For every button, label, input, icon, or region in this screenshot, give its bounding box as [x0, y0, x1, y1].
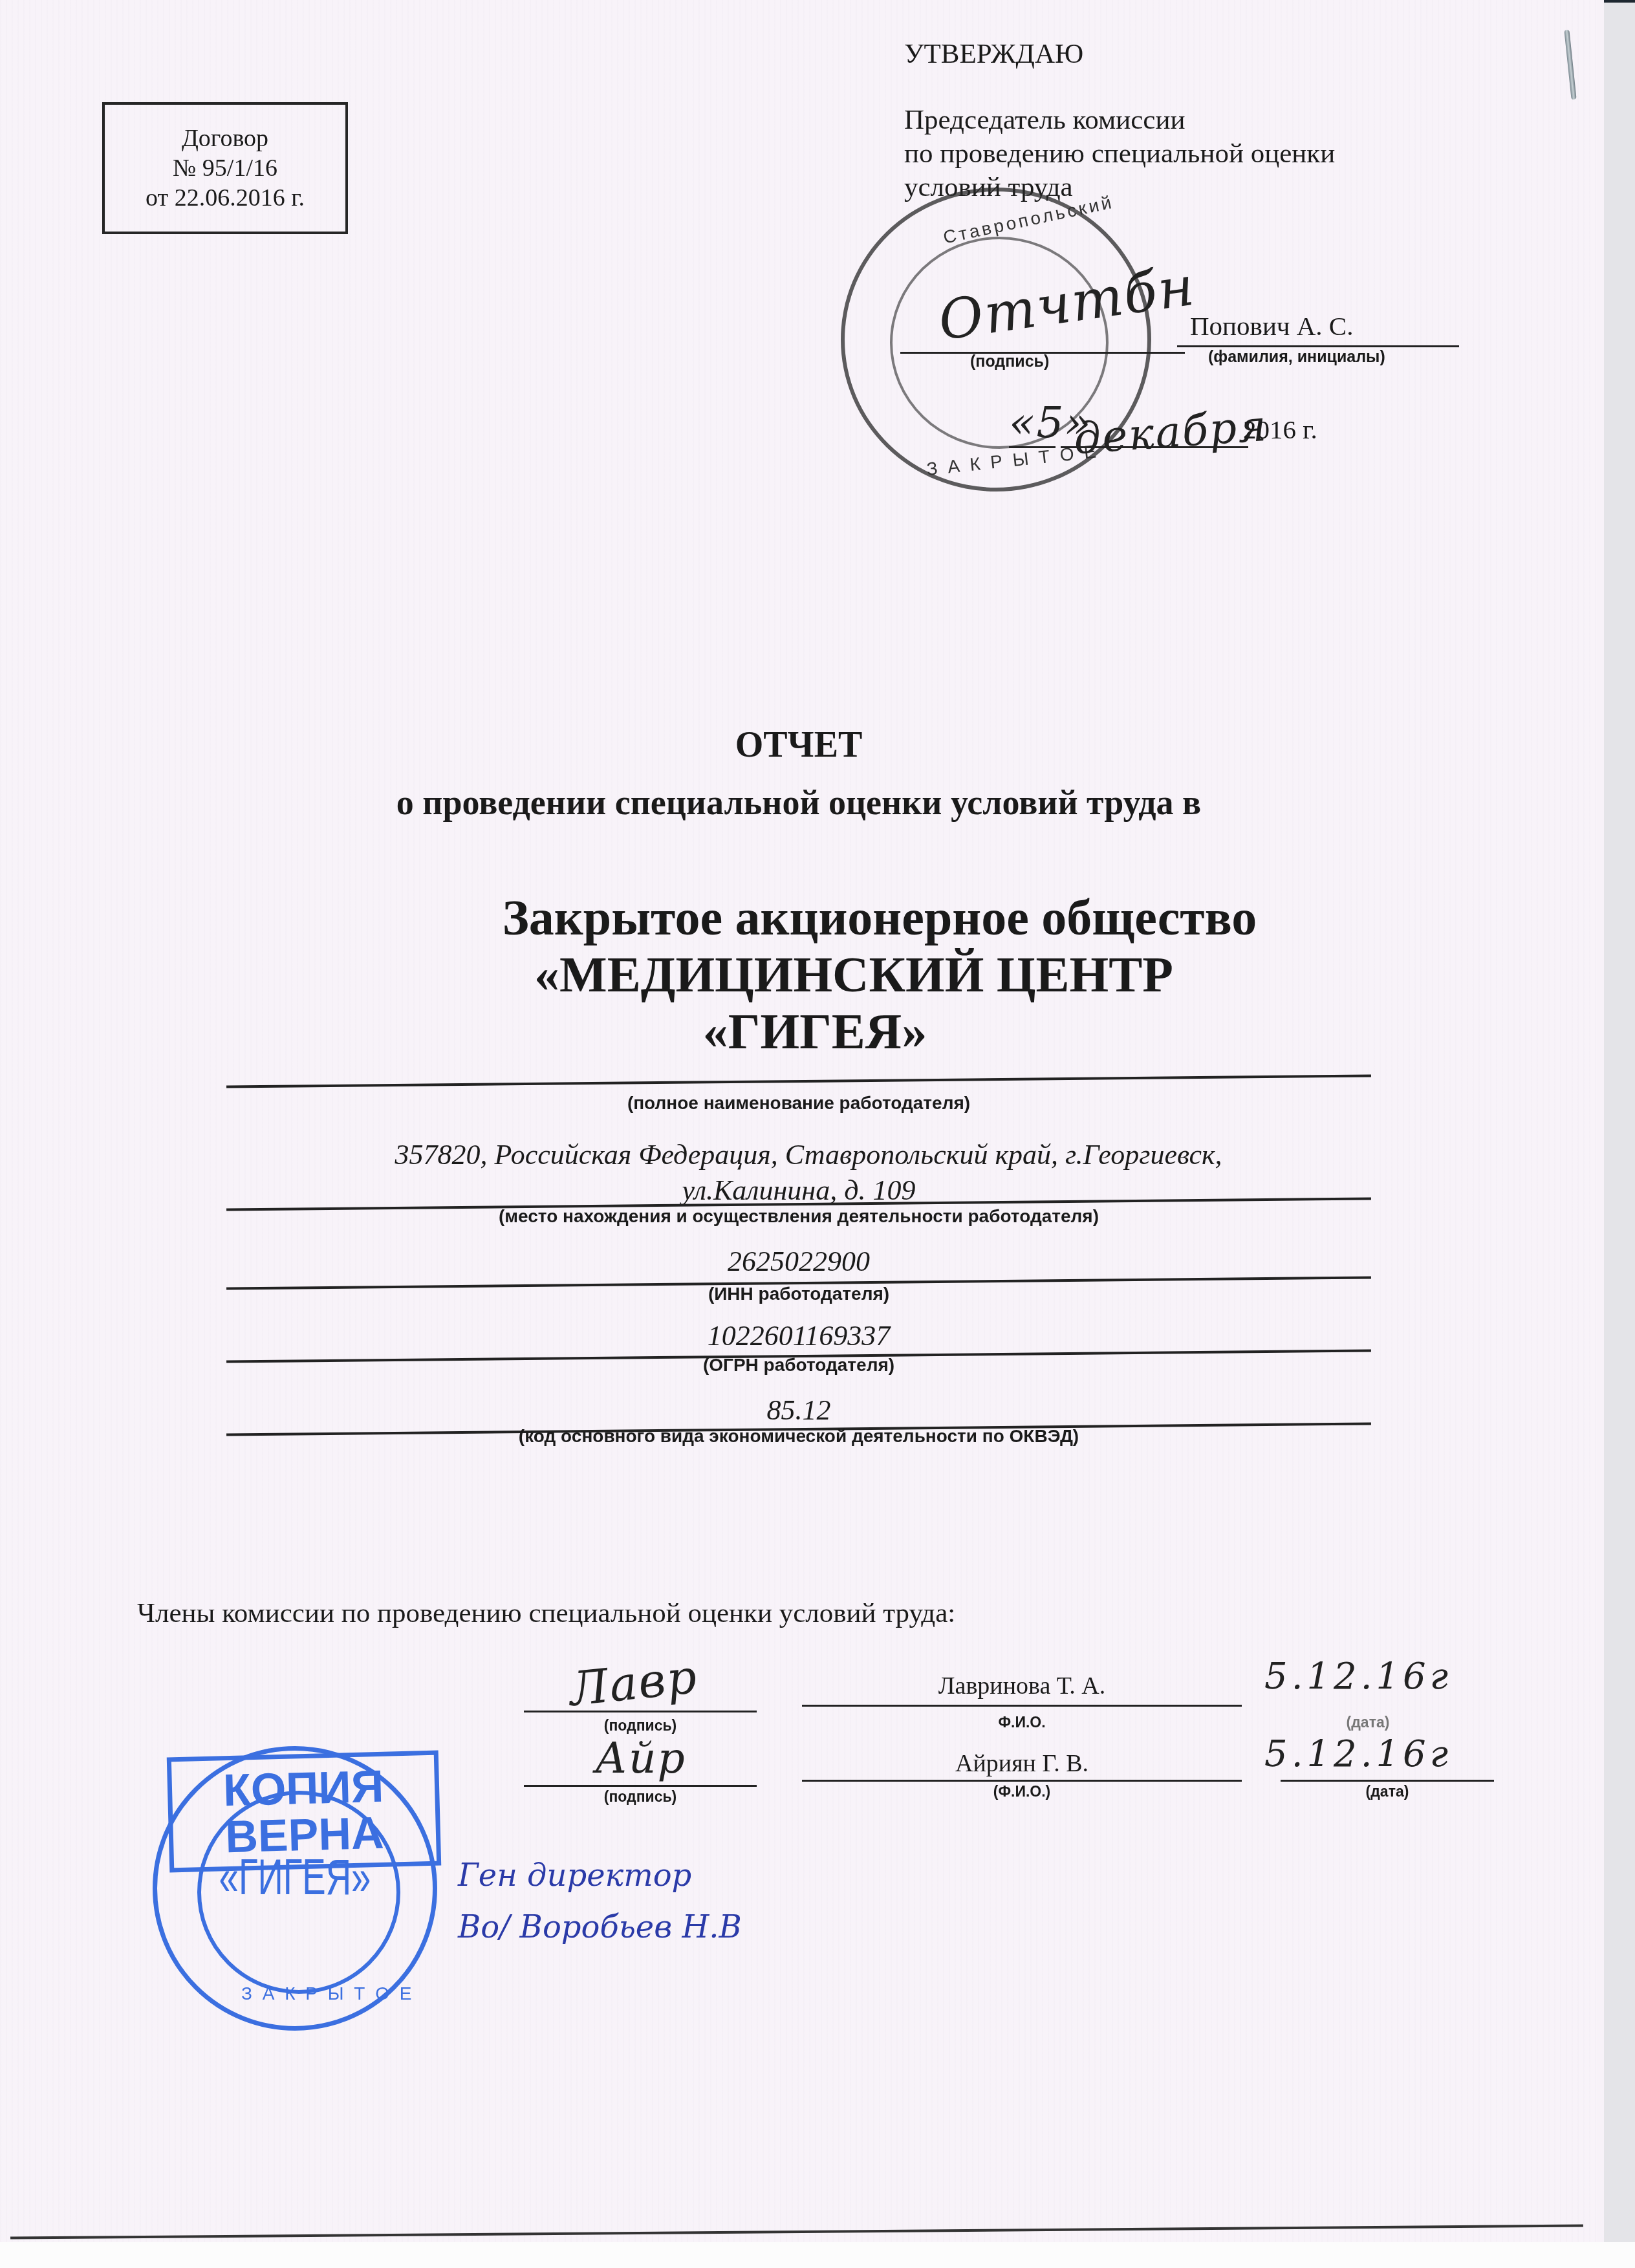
- approval-heading: УТВЕРЖДАЮ: [904, 38, 1335, 71]
- chair-name: Попович А. С.: [1190, 310, 1353, 341]
- report-subtitle: о проведении специальной оценки условий …: [0, 783, 1597, 823]
- employer-name-caption: (полное наименование работодателя): [226, 1093, 1371, 1114]
- commission-label: Члены комиссии по проведению специальной…: [137, 1597, 955, 1629]
- member-1-name-line: [802, 1705, 1242, 1707]
- employer-ogrn-caption: (ОГРН работодателя): [226, 1355, 1371, 1376]
- contract-label: Договор: [182, 124, 268, 153]
- member-2-name-caption: (Ф.И.О.): [802, 1783, 1242, 1800]
- scan-bottom-strip: [0, 2242, 1635, 2268]
- report-title: ОТЧЕТ: [0, 724, 1597, 766]
- employer-okved: 85.12: [226, 1394, 1371, 1427]
- member-1-signature-line: [524, 1711, 757, 1712]
- approval-role-line2: по проведению специальной оценки: [904, 137, 1335, 171]
- member-2-name-line: [802, 1780, 1242, 1782]
- member-2-name: Айриян Г. В.: [802, 1749, 1242, 1778]
- member-2-date: 5.12.16г: [1264, 1733, 1452, 1775]
- certification-line2: Во/ Воробьев Н.В: [458, 1901, 742, 1953]
- date-day-line: [1009, 446, 1056, 448]
- member-2-date-line: [1281, 1780, 1494, 1782]
- director-certification: Ген директор Во/ Воробьев Н.В: [458, 1850, 742, 1953]
- approval-date-year: 2016 г.: [1243, 414, 1317, 445]
- member-1-date: 5.12.16г: [1264, 1656, 1452, 1698]
- employer-name-line2: «МЕДИЦИНСКИЙ ЦЕНТР: [310, 946, 1397, 1003]
- employer-inn: 2625022900: [226, 1245, 1371, 1279]
- member-2-date-caption: (дата): [1281, 1783, 1494, 1800]
- approval-block: УТВЕРЖДАЮ Председатель комиссии по прове…: [904, 38, 1335, 204]
- chair-signature-caption: (подпись): [970, 352, 1049, 371]
- member-1-date-caption: (дата): [1281, 1714, 1455, 1731]
- employer-name-line3: «ГИГЕЯ»: [233, 1003, 1397, 1060]
- employer-inn-caption: (ИНН работодателя): [226, 1284, 1371, 1304]
- member-1-name-caption: Ф.И.О.: [802, 1714, 1242, 1731]
- member-2-signature-line: [524, 1785, 757, 1787]
- date-month-line: [1061, 446, 1248, 448]
- employer-okved-caption: (код основного вида экономической деятел…: [226, 1426, 1371, 1447]
- contract-number: № 95/1/16: [173, 153, 277, 183]
- copy-stamp-line1: КОПИЯ: [171, 1762, 435, 1815]
- employer-ogrn: 1022601169337: [226, 1319, 1371, 1353]
- copy-stamp-line2: ВЕРНА: [173, 1808, 437, 1862]
- contract-box: Договор № 95/1/16 от 22.06.2016 г.: [102, 102, 348, 234]
- scan-edge-top: [1604, 0, 1635, 3]
- seal-ring-text: Ставропольский: [942, 191, 1116, 248]
- employer-address-caption: (место нахождения и осуществления деятел…: [226, 1206, 1371, 1227]
- member-2-signature-caption: (подпись): [524, 1788, 757, 1806]
- employer-name-line1: Закрытое акционерное общество: [362, 889, 1397, 946]
- seal-bottom-text: З А К Р Ы Т О Е: [241, 1983, 414, 2004]
- approval-role-line1: Председатель комиссии: [904, 103, 1335, 137]
- chair-name-line: [1177, 345, 1459, 347]
- member-signature-2: Айр: [595, 1733, 686, 1783]
- certification-line1: Ген директор: [458, 1850, 742, 1901]
- copy-certified-stamp: КОПИЯ ВЕРНА: [167, 1751, 442, 1873]
- scan-edge: [1604, 0, 1635, 2242]
- employer-address-line1: 357820, Российская Федерация, Ставрополь…: [259, 1138, 1358, 1172]
- contract-date: от 22.06.2016 г.: [146, 183, 305, 213]
- chair-name-caption: (фамилия, инициалы): [1208, 348, 1385, 367]
- member-1-name: Лавринова Т. А.: [802, 1672, 1242, 1700]
- member-1-signature-caption: (подпись): [524, 1717, 757, 1734]
- employer-name: Закрытое акционерное общество «МЕДИЦИНСК…: [362, 889, 1397, 1060]
